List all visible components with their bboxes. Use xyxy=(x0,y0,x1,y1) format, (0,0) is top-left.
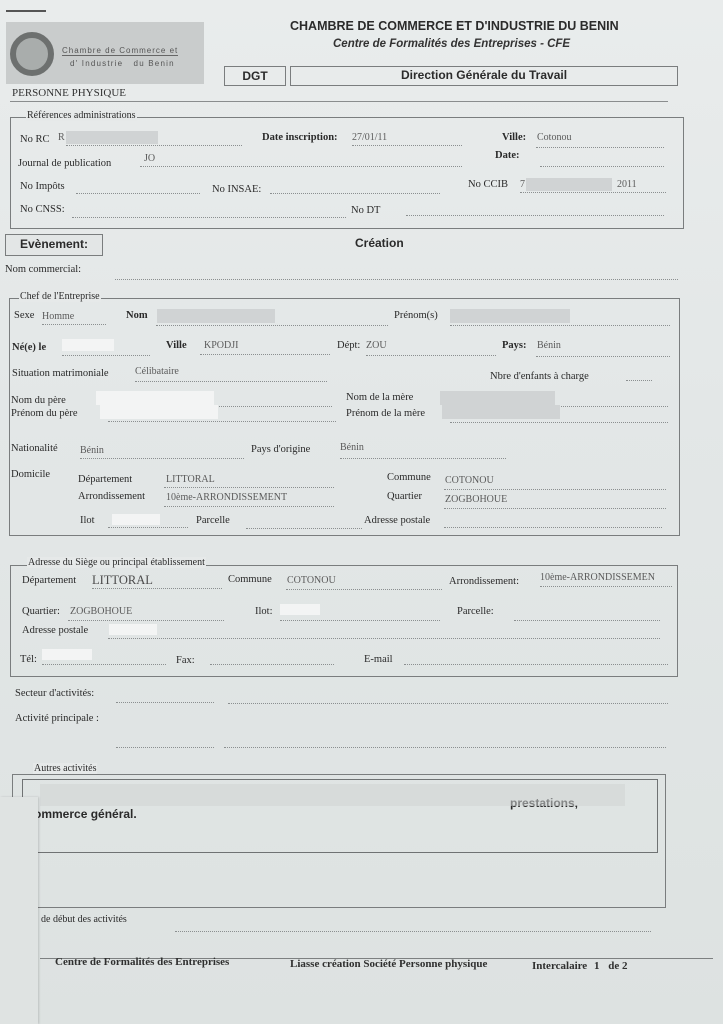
siege-ilot-redacted xyxy=(280,604,320,615)
siege-arrondissement-label: Arrondissement: xyxy=(449,576,519,587)
org-title: CHAMBRE DE COMMERCE ET D'INDUSTRIE DU BE… xyxy=(290,19,619,33)
no-ccib-field[interactable] xyxy=(520,192,666,193)
no-insae-label: No INSAE: xyxy=(212,184,261,195)
domicile-label: Domicile xyxy=(11,469,50,480)
adresse-postale-label: Adresse postale xyxy=(364,515,430,526)
nom-commercial-field[interactable] xyxy=(115,279,678,280)
pays-origine-field[interactable] xyxy=(340,458,506,459)
situation-value: Célibataire xyxy=(135,366,179,377)
no-cnss-field[interactable] xyxy=(72,217,346,218)
tel-redacted xyxy=(42,649,92,660)
siege-departement-value: LITTORAL xyxy=(92,573,153,588)
footer-intercalaire-label: Intercalaire xyxy=(532,960,587,972)
arrondissement-label: Arrondissement xyxy=(78,491,145,502)
chef-dept-label: Dépt: xyxy=(337,340,360,351)
commune-value: COTONOU xyxy=(445,475,494,486)
date-field[interactable] xyxy=(540,166,664,167)
siege-quartier-label: Quartier: xyxy=(22,606,60,617)
pays-origine-value: Bénin xyxy=(340,442,364,453)
footer-page-current: 1 xyxy=(594,960,600,972)
overlapping-paper-strip xyxy=(0,797,38,1024)
siege-adresse-postale-label: Adresse postale xyxy=(22,625,88,636)
siege-arrondissement-field[interactable] xyxy=(540,586,672,587)
ne-le-label: Né(e) le xyxy=(12,342,46,353)
parcelle-field[interactable] xyxy=(246,528,362,529)
no-rc-field[interactable] xyxy=(66,145,242,146)
nom-mere-field[interactable] xyxy=(556,406,668,407)
prenom-pere-field[interactable] xyxy=(108,421,336,422)
logo-emblem-icon xyxy=(10,32,54,76)
secteur-field[interactable] xyxy=(228,703,668,704)
quartier-label: Quartier xyxy=(387,491,422,502)
nom-field[interactable] xyxy=(156,325,388,326)
autres-activites-legend: Autres activités xyxy=(33,763,97,774)
nom-mere-label: Nom de la mère xyxy=(346,392,413,403)
journal-field[interactable] xyxy=(140,166,462,167)
arrondissement-value: 10ème-ARRONDISSEMENT xyxy=(166,492,287,503)
no-ccib-suffix: 2011 xyxy=(617,179,637,190)
siege-parcelle-field[interactable] xyxy=(514,620,660,621)
prenom-field[interactable] xyxy=(450,325,670,326)
prenom-pere-redacted xyxy=(100,405,218,419)
evenement-value: Création xyxy=(355,236,404,250)
autres-activites-redacted xyxy=(40,784,625,806)
no-cnss-label: No CNSS: xyxy=(20,204,65,215)
activite-principale-field[interactable] xyxy=(224,747,666,748)
nom-mere-redacted xyxy=(440,391,555,405)
chef-legend: Chef de l'Entreprise xyxy=(19,291,101,302)
email-label: E-mail xyxy=(364,654,393,665)
prenom-redacted xyxy=(450,309,570,323)
siege-ilot-label: Ilot: xyxy=(255,606,273,617)
adresse-postale-field[interactable] xyxy=(444,527,662,528)
chef-ville-label: Ville xyxy=(166,340,187,351)
org-subtitle: Centre de Formalités des Entreprises - C… xyxy=(333,38,570,50)
chef-pays-field[interactable] xyxy=(536,356,670,357)
debut-activites-label: de début des activités xyxy=(41,914,127,925)
activite-principale-label: Activité principale : xyxy=(15,713,99,724)
prenom-mere-label: Prénom de la mère xyxy=(346,408,425,419)
chef-pays-label: Pays: xyxy=(502,340,527,351)
references-legend: Références administrations xyxy=(26,110,137,121)
siege-ilot-field[interactable] xyxy=(280,620,440,621)
date-label: Date: xyxy=(495,150,520,161)
date-inscription-value: 27/01/11 xyxy=(352,132,387,143)
dept-code: DGT xyxy=(242,69,267,83)
no-dt-label: No DT xyxy=(351,205,380,216)
footer-page-total: de 2 xyxy=(608,960,627,972)
no-rc-label: No RC xyxy=(20,134,49,145)
siege-arrondissement-value: 10ème-ARRONDISSEMEN xyxy=(540,572,655,583)
sexe-field[interactable] xyxy=(42,324,106,325)
siege-quartier-field[interactable] xyxy=(68,620,224,621)
nationalite-value: Bénin xyxy=(80,445,104,456)
siege-commune-value: COTONOU xyxy=(287,575,336,586)
no-impots-label: No Impôts xyxy=(20,181,65,192)
evenement-box: Evènement: xyxy=(5,234,103,256)
siege-adresse-postale-field[interactable] xyxy=(108,638,660,639)
fax-field[interactable] xyxy=(210,664,334,665)
siege-parcelle-label: Parcelle: xyxy=(457,606,494,617)
no-ccib-redacted xyxy=(526,178,612,191)
quartier-value: ZOGBOHOUE xyxy=(445,494,507,505)
ilot-redacted xyxy=(112,514,160,525)
dept-name-box: Direction Générale du Travail xyxy=(290,66,678,86)
no-rc-redacted xyxy=(66,131,158,144)
siege-commune-label: Commune xyxy=(228,574,272,585)
siege-commune-field[interactable] xyxy=(286,589,442,590)
no-dt-field[interactable] xyxy=(406,215,664,216)
form-type: PERSONNE PHYSIQUE xyxy=(12,87,126,99)
tel-label: Tél: xyxy=(20,654,37,665)
departement-label: Département xyxy=(78,474,132,485)
sexe-value: Homme xyxy=(42,311,74,322)
tel-field[interactable] xyxy=(42,664,166,665)
activite-principale-code-field[interactable] xyxy=(116,747,214,748)
no-insae-field[interactable] xyxy=(270,193,440,194)
prenom-pere-label: Prénom du père xyxy=(11,408,77,419)
sexe-label: Sexe xyxy=(14,310,34,321)
no-impots-field[interactable] xyxy=(76,193,200,194)
footer-pagination: Intercalaire 1 de 2 xyxy=(532,960,627,972)
nationalite-field[interactable] xyxy=(80,458,244,459)
ne-le-redacted xyxy=(62,339,114,351)
journal-value: JO xyxy=(144,153,155,164)
commune-label: Commune xyxy=(387,472,431,483)
secteur-code-field[interactable] xyxy=(116,702,214,703)
fax-label: Fax: xyxy=(176,655,195,666)
no-ccib-label: No CCIB xyxy=(468,179,508,190)
chef-ville-value: KPODJI xyxy=(204,340,238,351)
prenom-label: Prénom(s) xyxy=(394,310,438,321)
nom-pere-redacted xyxy=(96,391,214,405)
departement-field[interactable] xyxy=(164,487,334,488)
nom-commercial-label: Nom commercial: xyxy=(5,264,81,275)
chef-dept-field[interactable] xyxy=(366,355,496,356)
quartier-field[interactable] xyxy=(444,508,666,509)
dept-name: Direction Générale du Travail xyxy=(401,68,567,82)
situation-label: Situation matrimoniale xyxy=(12,368,109,379)
date-inscription-label: Date inscription: xyxy=(262,132,338,143)
prenom-mere-field[interactable] xyxy=(450,422,668,423)
arrondissement-field[interactable] xyxy=(164,506,334,507)
ville-value: Cotonou xyxy=(537,132,571,143)
evenement-label: Evènement: xyxy=(20,237,88,251)
situation-field[interactable] xyxy=(135,381,327,382)
siege-departement-label: Département xyxy=(22,575,76,586)
no-ccib-prefix: 7 xyxy=(520,179,525,190)
ville-field[interactable] xyxy=(536,147,664,148)
header-divider xyxy=(10,101,668,102)
email-field[interactable] xyxy=(404,664,668,665)
siege-quartier-value: ZOGBOHOUE xyxy=(70,606,132,617)
logo-text-line2: d' Industrie du Benin xyxy=(70,59,175,68)
siege-adresse-redacted xyxy=(109,624,157,635)
debut-activites-field[interactable] xyxy=(175,931,651,932)
secteur-label: Secteur d'activités: xyxy=(15,688,94,699)
enfants-label: Nbre d'enfants à charge xyxy=(490,371,589,382)
chef-dept-value: ZOU xyxy=(366,340,387,351)
no-rc-value: R xyxy=(58,132,65,143)
nationalite-label: Nationalité xyxy=(11,443,58,454)
dept-code-box: DGT xyxy=(224,66,286,86)
siege-legend: Adresse du Siège ou principal établissem… xyxy=(27,557,206,568)
ilot-field[interactable] xyxy=(108,527,188,528)
cci-logo: Chambre de Commerce et d' Industrie du B… xyxy=(6,22,204,84)
ville-label: Ville: xyxy=(502,132,526,143)
nom-redacted xyxy=(157,309,275,323)
pays-origine-label: Pays d'origine xyxy=(251,444,310,455)
date-inscription-field[interactable] xyxy=(352,145,462,146)
chef-pays-value: Bénin xyxy=(537,340,561,351)
enfants-field[interactable] xyxy=(626,380,652,381)
siege-departement-field[interactable] xyxy=(92,588,222,589)
footer-center: Liasse création Société Personne physiqu… xyxy=(290,958,487,970)
ne-le-field[interactable] xyxy=(62,355,150,356)
autres-activites-text-line2: ommerce général. xyxy=(34,807,137,821)
binder-mark xyxy=(6,10,46,12)
parcelle-label: Parcelle xyxy=(196,515,230,526)
prenom-mere-redacted xyxy=(442,405,560,419)
ilot-label: Ilot xyxy=(80,515,95,526)
journal-label: Journal de publication xyxy=(18,158,111,169)
chef-ville-field[interactable] xyxy=(200,354,330,355)
footer-left: Centre de Formalités des Entreprises xyxy=(55,956,229,968)
logo-text-line1: Chambre de Commerce et xyxy=(62,46,178,56)
departement-value: LITTORAL xyxy=(166,474,215,485)
nom-label: Nom xyxy=(126,310,148,321)
commune-field[interactable] xyxy=(444,489,666,490)
nom-pere-label: Nom du père xyxy=(11,395,66,406)
